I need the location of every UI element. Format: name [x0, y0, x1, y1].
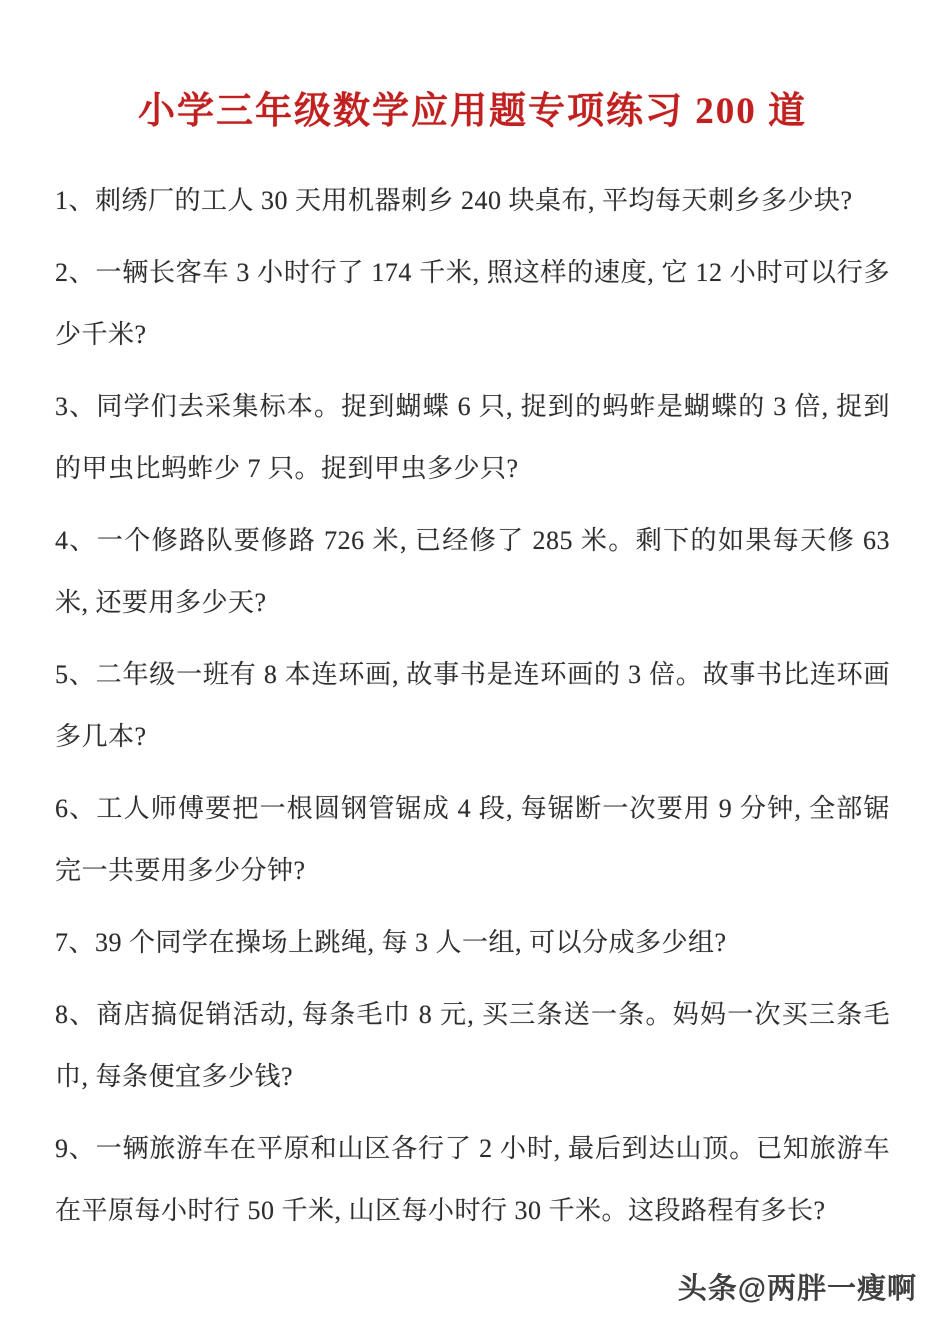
worksheet-page: 小学三年级数学应用题专项练习 200 道 1、刺绣厂的工人 30 天用机器刺乡 …: [0, 0, 945, 1323]
question-item-1: 1、刺绣厂的工人 30 天用机器刺乡 240 块桌布, 平均每天刺乡多少块?: [55, 170, 890, 232]
question-item-3: 3、同学们去采集标本。捉到蝴蝶 6 只, 捉到的蚂蚱是蝴蝶的 3 倍, 捉到的甲…: [55, 376, 890, 500]
watermark: 头条@两胖一瘦啊: [678, 1266, 917, 1307]
page-title: 小学三年级数学应用题专项练习 200 道: [55, 86, 890, 138]
question-item-4: 4、一个修路队要修路 726 米, 已经修了 285 米。剩下的如果每天修 63…: [55, 510, 890, 634]
question-item-2: 2、一辆长客车 3 小时行了 174 千米, 照这样的速度, 它 12 小时可以…: [55, 242, 890, 366]
question-item-7: 7、39 个同学在操场上跳绳, 每 3 人一组, 可以分成多少组?: [55, 912, 890, 974]
question-list: 1、刺绣厂的工人 30 天用机器刺乡 240 块桌布, 平均每天刺乡多少块? 2…: [55, 170, 890, 1242]
question-item-8: 8、商店搞促销活动, 每条毛巾 8 元, 买三条送一条。妈妈一次买三条毛巾, 每…: [55, 984, 890, 1108]
question-item-9: 9、一辆旅游车在平原和山区各行了 2 小时, 最后到达山顶。已知旅游车在平原每小…: [55, 1118, 890, 1242]
question-item-5: 5、二年级一班有 8 本连环画, 故事书是连环画的 3 倍。故事书比连环画多几本…: [55, 644, 890, 768]
question-item-6: 6、工人师傅要把一根圆钢管锯成 4 段, 每锯断一次要用 9 分钟, 全部锯完一…: [55, 778, 890, 902]
